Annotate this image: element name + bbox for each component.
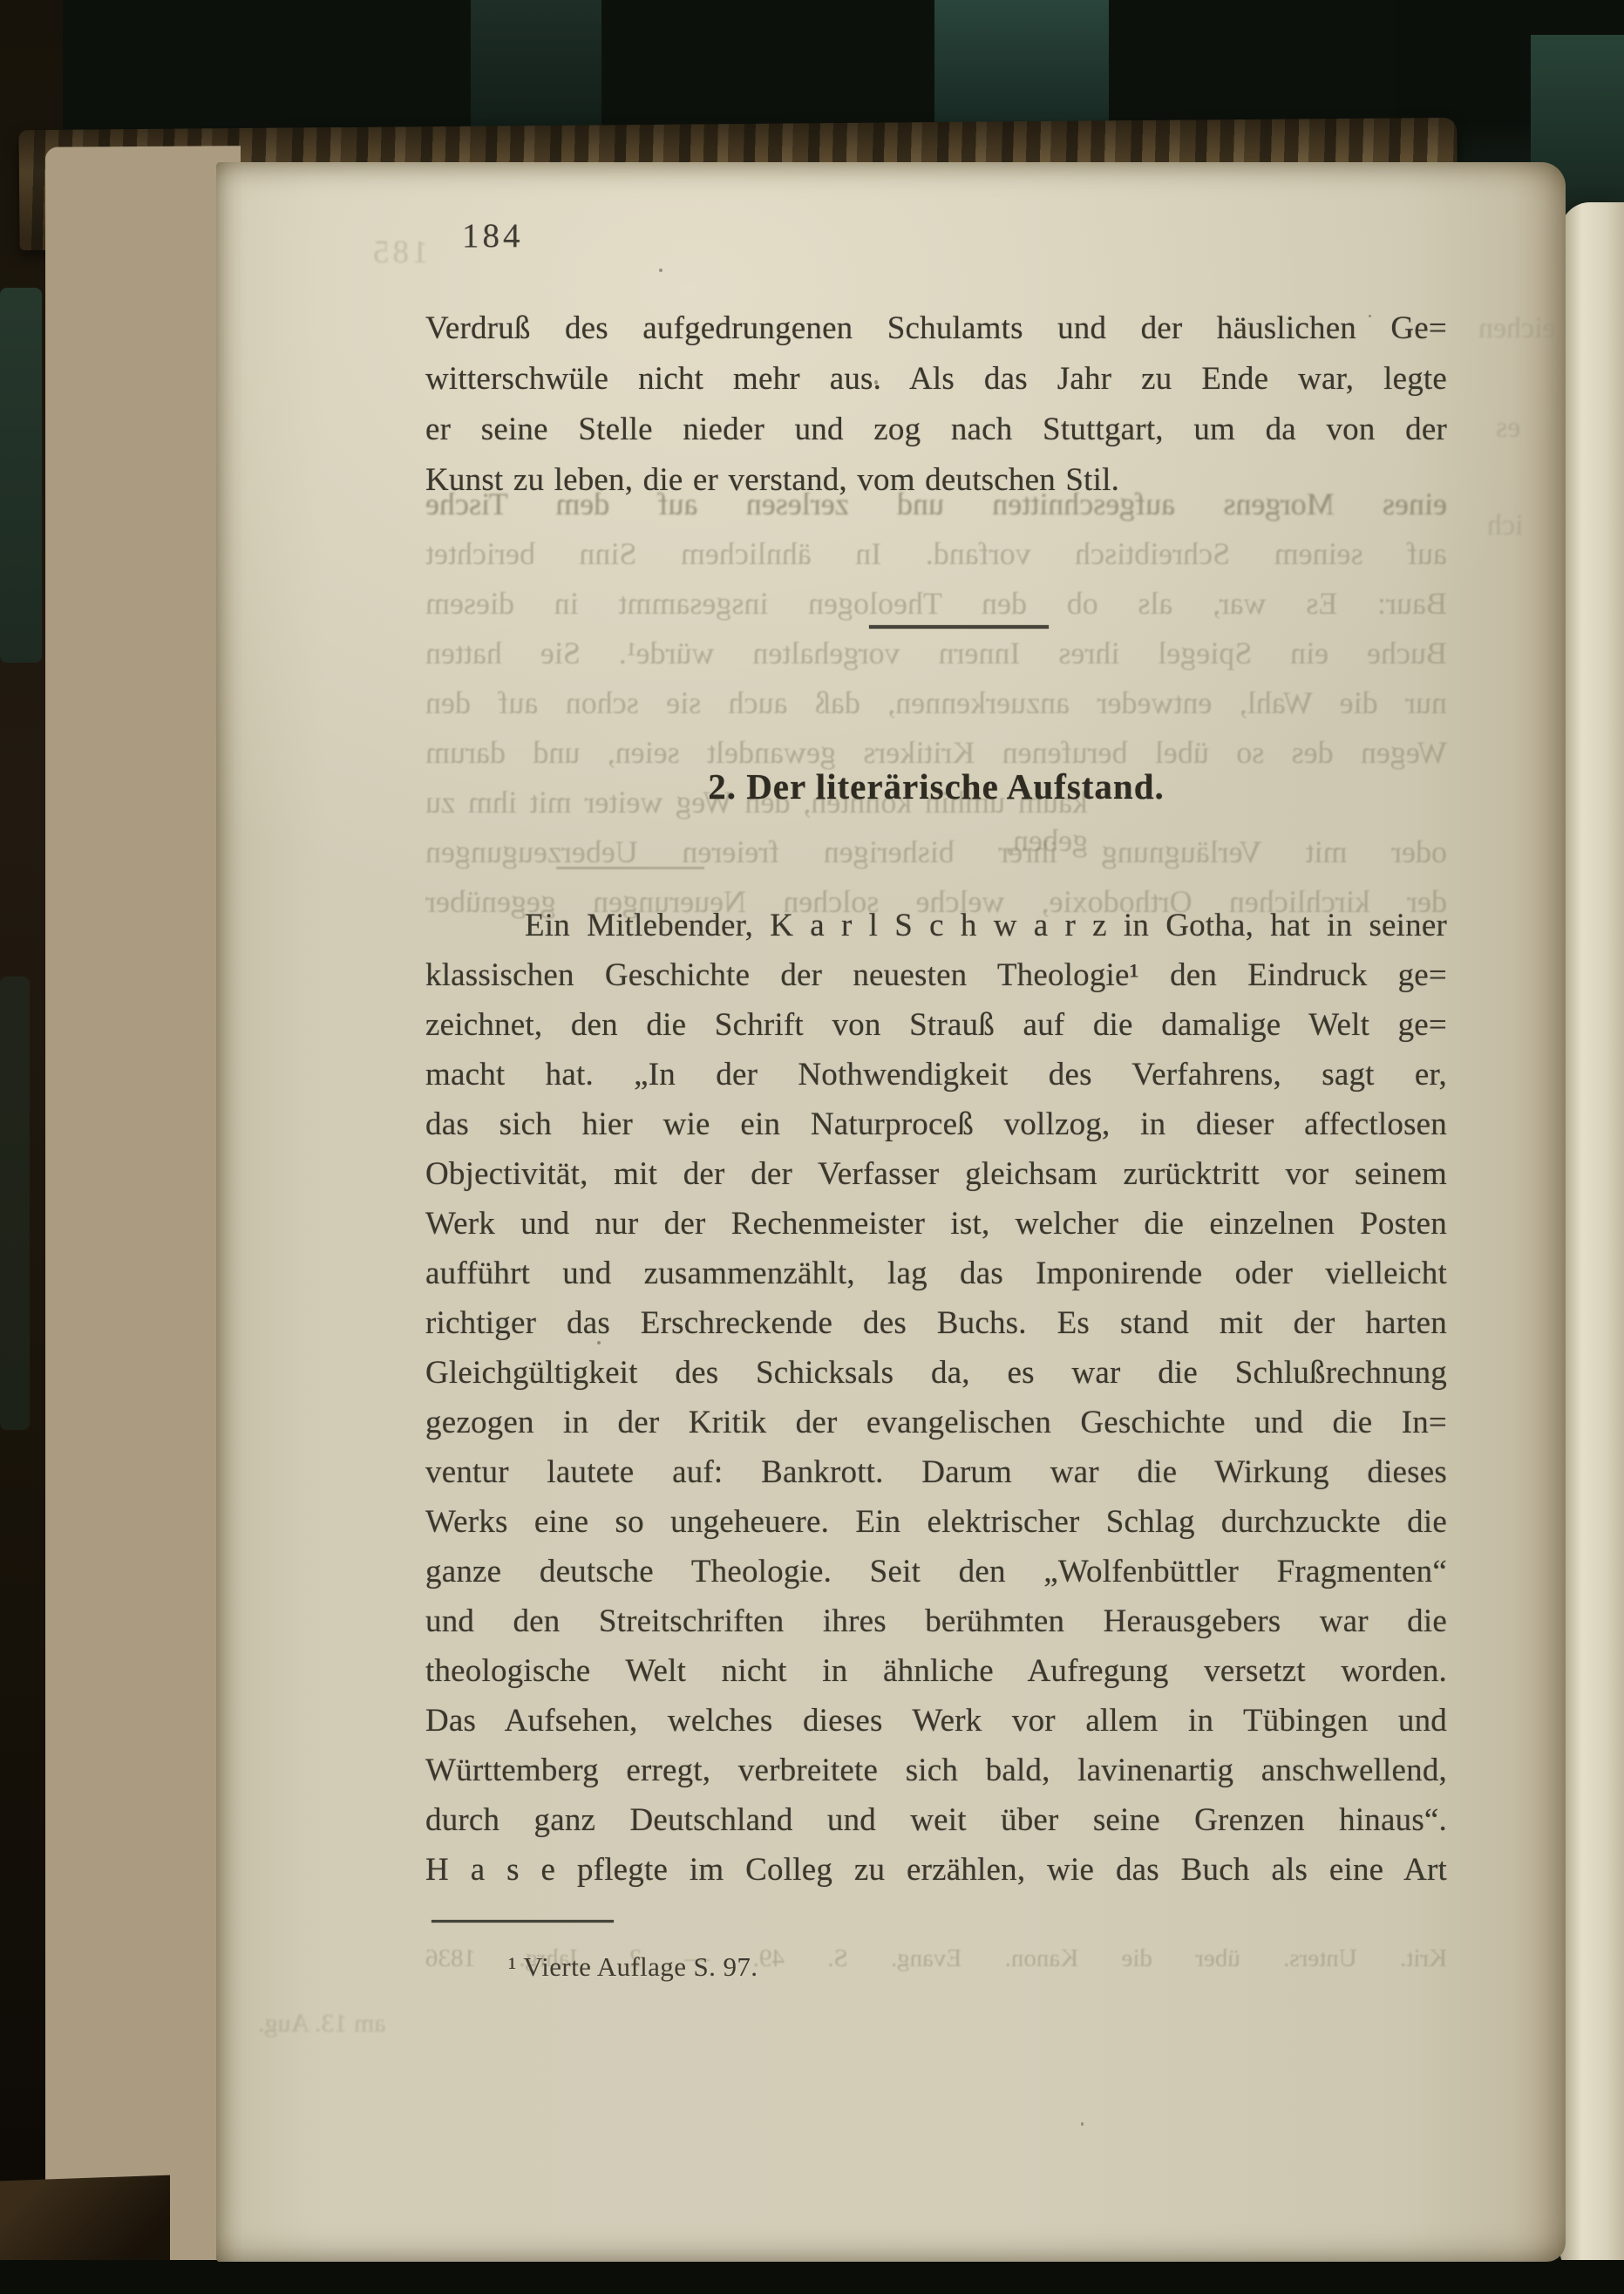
page-number: 184 <box>462 216 524 255</box>
paragraph-line: gezogen in der Kritik der evangelischen … <box>425 1403 1447 1443</box>
paragraph-line: ganze deutsche Theologie. Seit den „Wolf… <box>425 1552 1447 1592</box>
paragraph-line: Gleichgültigkeit des Schicksals da, es w… <box>425 1353 1447 1393</box>
bleedthrough-line: Buche ein Spiegel ihres Innern vorgehalt… <box>425 634 1447 672</box>
bleedthrough-line: eines Morgens aufgeschnitten und zerlese… <box>425 485 1447 523</box>
paragraph-line: Werks eine so ungeheuere. Ein elektrisch… <box>425 1502 1447 1542</box>
paragraph-line: Verdruß des aufgedrungenen Schulamts und… <box>425 309 1447 349</box>
section-divider-rule <box>869 625 1049 629</box>
paragraph-line: Ein Mitlebender, K a r l S c h w a r z i… <box>425 906 1447 946</box>
spine-cover-glimpse-2 <box>0 977 30 1430</box>
footnote-rule <box>431 1920 614 1923</box>
background-shadow-patch <box>471 0 601 131</box>
footnote: ¹ Vierte Auflage S. 97. <box>508 1951 758 1983</box>
paper-speck <box>1081 2122 1084 2126</box>
paragraph-line: macht hat. „In der Nothwendigkeit des Ve… <box>425 1055 1447 1095</box>
paragraph-line: ventur lautete auf: Bankrott. Darum war … <box>425 1453 1447 1493</box>
paragraph-line: durch ganz Deutschland und weit über sei… <box>425 1800 1447 1841</box>
bleedthrough-line: oder mit Verläugnung ihrer bisherigen fr… <box>425 833 1447 871</box>
book-scan-photo: 185 184 eichen es ich am 13. Aug. Verdru… <box>0 0 1624 2294</box>
bleedthrough-line: nur die Wahl, entweder anzuerkennen, daß… <box>425 684 1447 722</box>
paragraph-line: Das Aufsehen, welches dieses Werk vor al… <box>425 1701 1447 1741</box>
page-stack-fore-edge <box>45 146 241 2271</box>
photo-bottom-band <box>0 2260 1624 2294</box>
paragraph-line: aufführt und zusammenzählt, lag das Impo… <box>425 1254 1447 1294</box>
bleedthrough-line: auf seinem Schreibtisch vorfand. In ähnl… <box>425 534 1447 573</box>
paragraph-line: zeichnet, den die Schrift von Strauß auf… <box>425 1005 1447 1045</box>
bleedthrough-fragment: ich <box>1487 509 1524 542</box>
paragraph-line: klassischen Geschichte der neuesten Theo… <box>425 956 1447 996</box>
bleedthrough-page-number: 185 <box>370 234 429 271</box>
book-page: 185 184 eichen es ich am 13. Aug. Verdru… <box>216 162 1566 2262</box>
paragraph-line: Württemberg erregt, verbreitete sich bal… <box>425 1751 1447 1791</box>
paragraph-line: das sich hier wie ein Naturproceß vollzo… <box>425 1105 1447 1145</box>
bleedthrough-line: Baur: Es war, als ob den Theologen insge… <box>425 584 1447 623</box>
paragraph-line: und den Streitschriften ihres berühmten … <box>425 1602 1447 1642</box>
section-heading: 2. Der literärische Aufstand. <box>425 766 1447 807</box>
bleedthrough-fragment: es <box>1496 412 1520 445</box>
paragraph-line: theologische Welt nicht in ähnliche Aufr… <box>425 1651 1447 1692</box>
paper-speck <box>659 269 663 272</box>
paragraph-line: H a s e pflegte im Colleg zu erzählen, w… <box>425 1850 1447 1890</box>
paragraph-line: Werk und nur der Rechenmeister ist, welc… <box>425 1204 1447 1244</box>
paragraph-line: witterschwüle nicht mehr aus. Als das Ja… <box>425 359 1447 399</box>
bleedthrough-date-line: am 13. Aug. <box>258 2009 386 2039</box>
spine-cover-glimpse <box>0 288 42 663</box>
paragraph-line: er seine Stelle nieder und zog nach Stut… <box>425 410 1447 450</box>
bleedthrough-fragment: eichen <box>1478 312 1556 345</box>
bleedthrough-underline <box>556 867 704 869</box>
paragraph-line: richtiger das Erschreckende des Buchs. E… <box>425 1304 1447 1344</box>
paragraph-line: Objectivität, mit der der Verfasser glei… <box>425 1154 1447 1195</box>
facing-page-edge <box>1560 202 1624 2267</box>
